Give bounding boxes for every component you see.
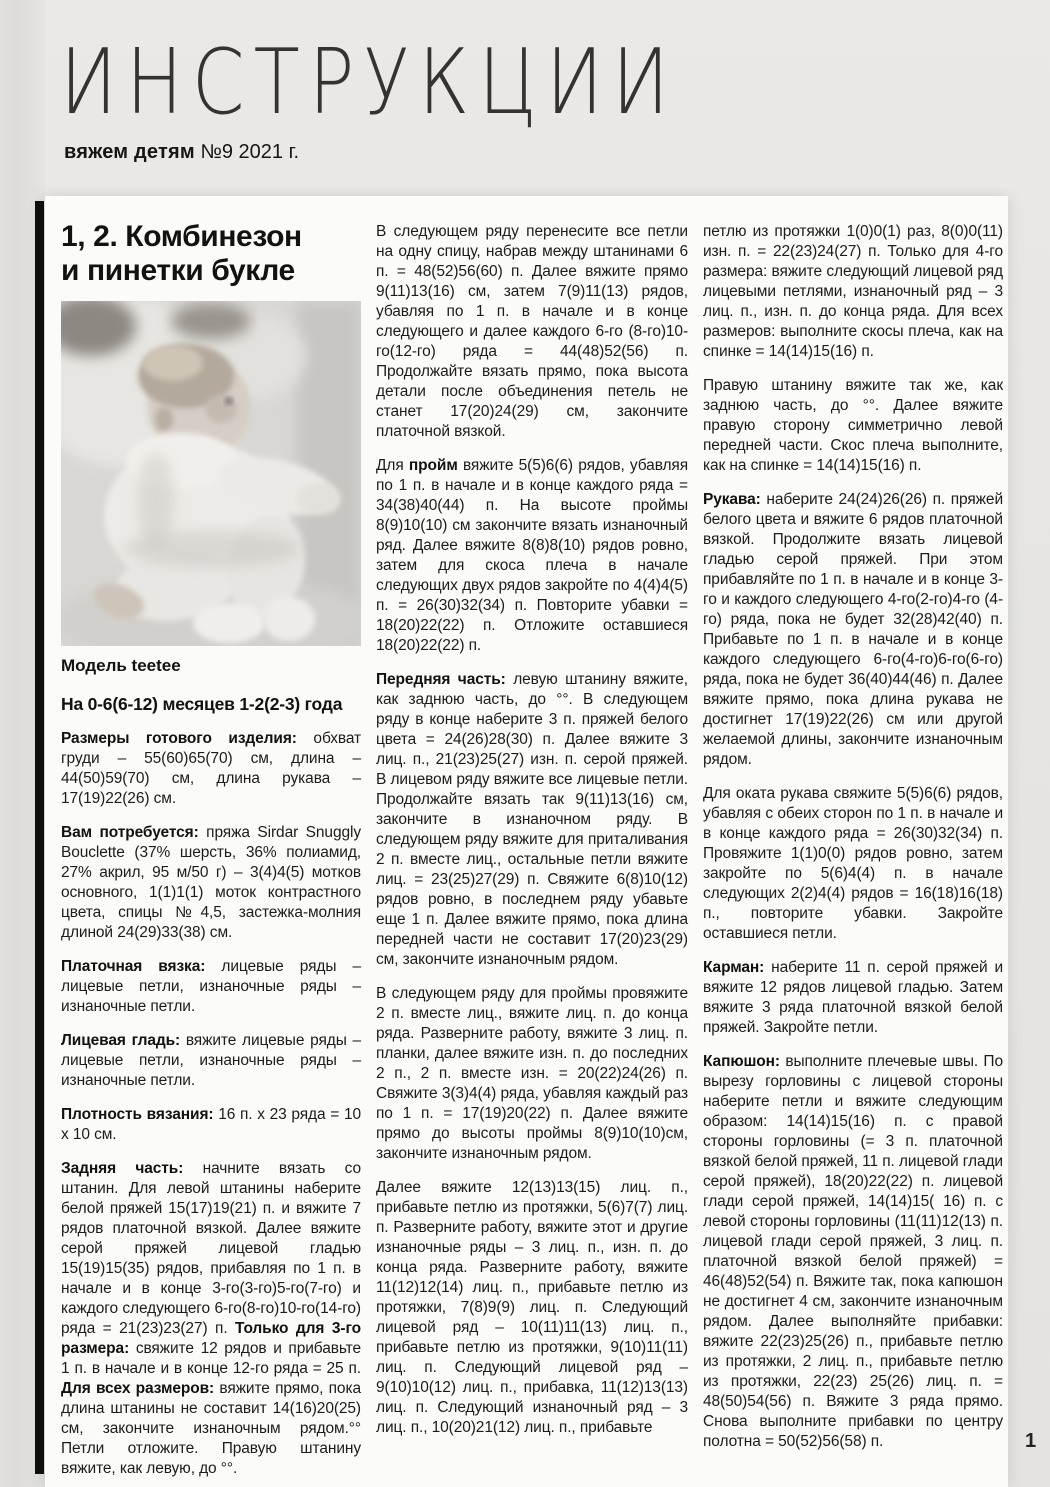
article-heading: 1, 2. Комбинезон и пинетки букле bbox=[61, 220, 361, 288]
paragraph-gauge: Плотность вязания: 16 п. х 23 ряда = 10 … bbox=[61, 1105, 361, 1145]
issue-line: вяжем детям №9 2021 г. bbox=[64, 141, 299, 164]
paragraph-continue-increases: петлю из протяжки 1(0)0(1) раз, 8(0)0(11… bbox=[703, 222, 1003, 362]
paragraph-lead: Лицевая гладь: bbox=[61, 1032, 180, 1049]
paragraph-lead: Для всех размеров: bbox=[61, 1380, 214, 1397]
paragraph-join-legs: В следующем ряду перенесите все петли на… bbox=[376, 222, 688, 442]
article-content: 1, 2. Комбинезон и пинетки букле bbox=[61, 220, 1003, 1479]
photo-caption: Модель teetee bbox=[61, 656, 361, 676]
issue-number: №9 2021 г. bbox=[195, 141, 299, 163]
paragraph-back-part: Задняя часть: начните вязать со штанин. … bbox=[61, 1159, 361, 1479]
paragraph-right-leg: Правую штанину вяжите так же, как заднюю… bbox=[703, 376, 1003, 476]
paragraph-increases: Далее вяжите 12(13)13(15) лиц. п., приба… bbox=[376, 1178, 688, 1438]
paragraph-stockinette: Лицевая гладь: вяжите лицевые ряды – лиц… bbox=[61, 1031, 361, 1091]
paragraph-materials: Вам потребуется: пряжа Sirdar Snuggly Bo… bbox=[61, 823, 361, 943]
baby-photo bbox=[61, 301, 361, 646]
paragraph-front-part: Передняя часть: левую штанину вяжите, ка… bbox=[376, 670, 688, 970]
paragraph-garter-stitch: Платочная вязка: лицевые ряды – лицевые … bbox=[61, 957, 361, 1017]
column-3: петлю из протяжки 1(0)0(1) раз, 8(0)0(11… bbox=[703, 220, 1003, 1479]
paragraph-lead: Размеры готового изделия: bbox=[61, 730, 297, 747]
paragraph-lead: Капюшон: bbox=[703, 1053, 780, 1070]
paragraph-front-armhole: В следующем ряду для проймы провяжите 2 … bbox=[376, 984, 688, 1164]
paragraph-lead: Передняя часть: bbox=[376, 671, 506, 688]
page-number: 1 bbox=[1025, 1430, 1036, 1453]
paragraph-hood: Капюшон: выполните плечевые швы. По выре… bbox=[703, 1052, 1003, 1452]
paragraph-lead: Плотность вязания: bbox=[61, 1106, 213, 1123]
paragraph-sizes: Размеры готового изделия: обхват груди –… bbox=[61, 729, 361, 809]
paragraph-sleeves: Рукава: наберите 24(24)26(26) п. пряжей … bbox=[703, 490, 1003, 770]
paragraph-pocket: Карман: наберите 11 п. серой пряжей и вя… bbox=[703, 958, 1003, 1038]
paragraph-sleeve-cap: Для оката рукава свяжите 5(5)6(6) рядов,… bbox=[703, 784, 1003, 944]
paragraph-lead: Задняя часть: bbox=[61, 1160, 183, 1177]
paragraph-lead: Платочная вязка: bbox=[61, 958, 205, 975]
paragraph-lead: пройм bbox=[409, 457, 458, 474]
column-1: 1, 2. Комбинезон и пинетки букле bbox=[61, 220, 361, 1479]
paragraph-lead: Карман: bbox=[703, 959, 764, 976]
vertical-rule bbox=[35, 201, 44, 1474]
paragraph-armholes: Для пройм вяжите 5(5)6(6) рядов, убавляя… bbox=[376, 456, 688, 656]
column-2: В следующем ряду перенесите все петли на… bbox=[376, 220, 688, 1479]
issue-series-label: вяжем детям bbox=[64, 141, 195, 163]
magazine-title: ИНСТРУКЦИИ bbox=[60, 30, 835, 135]
age-size-line: На 0-6(6-12) месяцев 1-2(2-3) года bbox=[61, 694, 361, 715]
paragraph-lead: Вам потребуется: bbox=[61, 824, 199, 841]
paragraph-lead: Рукава: bbox=[703, 491, 761, 508]
